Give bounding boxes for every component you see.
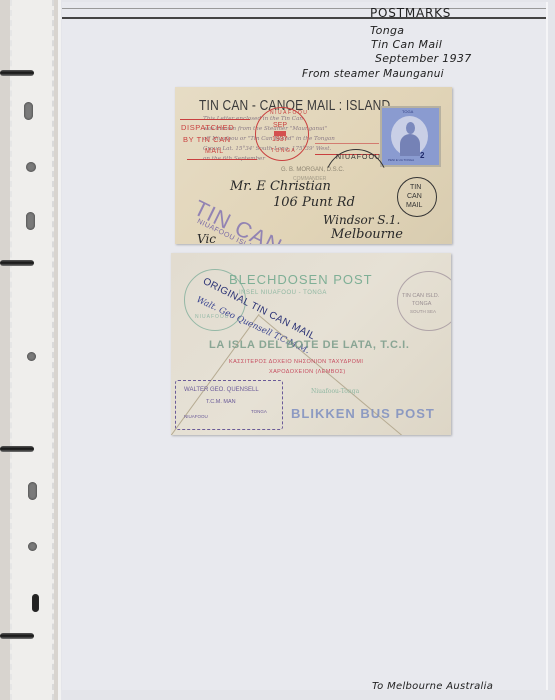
binder-ring	[0, 633, 34, 639]
dispatched-cachet: MAIL	[205, 148, 224, 155]
oval-line: TONGA	[412, 301, 431, 307]
dispatched-cachet: DISPATCHED	[181, 123, 234, 132]
stamp-value: 2	[420, 151, 424, 160]
address-name: Mr. E Christian	[230, 179, 331, 194]
stamp-portrait	[391, 116, 428, 156]
back-cover: NIUAFOOU TIN CAN ISLD. TONGA SOUTH SEA B…	[171, 253, 451, 435]
blikken-bus-post-cachet: BLIKKEN BUS POST	[291, 406, 435, 421]
box-line: T.C.M. MAN	[206, 399, 236, 405]
dispatched-cachet: BY TIN CAN	[183, 135, 231, 144]
box-line: WALTER GEO. QUENSELL	[184, 387, 259, 393]
address-suburb: Windsor S.1.	[323, 213, 400, 227]
punch-hole	[32, 594, 39, 612]
greek-cachet-line1: ΚΑΣΣΙΤΕΡΟΣ ΔΟΧΕΙΟ ΝΗΣΟΝΙΟΝ ΤΑΧΥΔΡΟΜΙ	[229, 359, 363, 365]
binder-ring	[0, 260, 34, 266]
heading-rule	[62, 17, 546, 19]
page-top-line	[62, 8, 546, 9]
circle-line: MAIL	[406, 202, 422, 209]
circle-line: TIN	[410, 184, 421, 191]
front-cover: TIN CAN - CANOE MAIL : ISLAND This Lette…	[175, 87, 452, 244]
address-city: Melbourne	[331, 227, 403, 242]
punch-hole	[24, 102, 33, 120]
commander-signature: G. B. MORGAN, D.S.C.	[281, 167, 344, 173]
postmark-year: 1937	[272, 136, 288, 143]
box-line: TONGA	[251, 409, 267, 414]
niuafoou-tonga-faint: Niuafoou-Tonga	[311, 388, 359, 395]
right-oval-postmark: TIN CAN ISLD. TONGA SOUTH SEA	[397, 271, 451, 331]
oval-line: TIN CAN ISLD.	[402, 293, 439, 299]
greek-cachet-line2: ΧΑΡΟΔΟΧΕΙΟΝ (ΛΕΜΒΟΣ)	[269, 369, 346, 375]
binder-ring	[0, 70, 34, 76]
spanish-cachet: LA ISLA DEL BOTE DE LATA, T.C.I.	[209, 339, 410, 351]
note-ship: From steamer Maunganui	[302, 68, 444, 80]
red-postmark: NIUAFOOU SEP 1937 TONGA	[255, 107, 309, 161]
blechdosen-post-header: BLECHDOSEN POST	[229, 272, 373, 287]
punch-hole	[28, 542, 37, 551]
note-date: September 1937	[375, 52, 472, 65]
note-service: Tin Can Mail	[371, 38, 442, 51]
postmark-town: NIUAFOOU	[270, 110, 308, 116]
portrait-head	[406, 122, 415, 134]
postmark-country: TONGA	[271, 148, 296, 154]
punch-hole	[27, 352, 36, 361]
red-line	[187, 159, 257, 160]
binder-edge	[0, 0, 60, 700]
punch-hole	[26, 162, 36, 172]
black-postmark-town: NIUAFOOU	[336, 154, 381, 161]
punch-hole	[28, 482, 37, 500]
stamp-country: TOGA	[402, 109, 413, 114]
portrait-body	[400, 134, 420, 156]
page-heading: POSTMARKS	[370, 6, 451, 20]
punch-hole	[26, 212, 35, 230]
postmark-month: SEP	[273, 122, 287, 129]
oval-line: SOUTH SEA	[410, 309, 436, 314]
box-line: NIUAFOOU	[184, 414, 208, 419]
address-street: 106 Punt Rd	[273, 195, 355, 210]
blechdosen-subline: INSEL NIUAFOOU - TONGA	[239, 290, 327, 296]
address-state: Vic	[197, 232, 216, 244]
quensell-box-cachet: WALTER GEO. QUENSELL T.C.M. MAN NIUAFOOU…	[175, 380, 283, 430]
binder-ring	[0, 446, 34, 452]
red-line	[315, 143, 379, 144]
postage-stamp: TOGA 2 PENI E UA TONGA	[380, 106, 441, 167]
stamp-caption: PENI E UA TONGA	[388, 158, 414, 162]
red-line	[180, 119, 250, 120]
destination-note: To Melbourne Australia	[372, 681, 493, 692]
note-country: Tonga	[370, 24, 404, 37]
circle-line: CAN	[407, 193, 422, 200]
tin-can-mail-circle: TIN CAN MAIL	[397, 177, 437, 217]
